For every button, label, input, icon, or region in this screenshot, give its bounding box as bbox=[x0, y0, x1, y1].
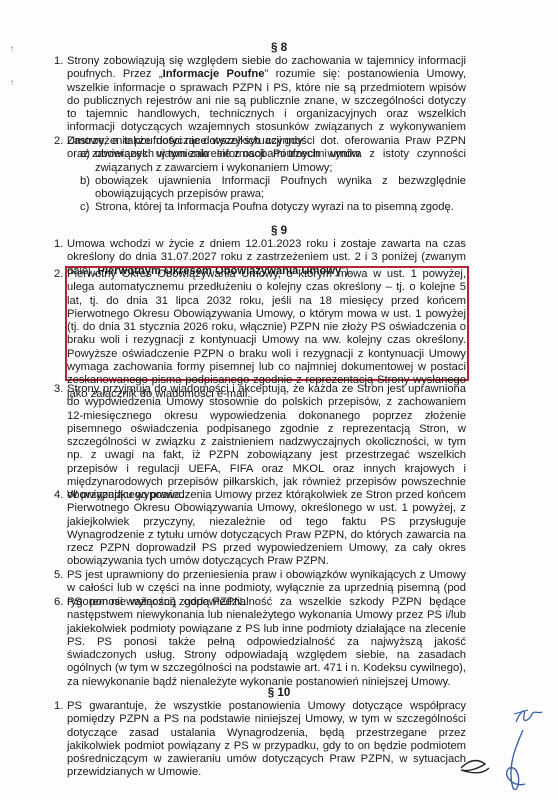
defined-term: Informacje Poufne bbox=[163, 68, 265, 80]
clause-number: 1. bbox=[54, 700, 67, 713]
clause-text: Zastrzeżenie poufności nie dotyczy sytua… bbox=[67, 135, 466, 148]
subclause-text: obowiązek ujawnienia Informacji Poufnych… bbox=[95, 175, 466, 202]
subclause-c: c) Strona, której ta Informacja Poufna d… bbox=[80, 201, 466, 214]
section-title-9: § 9 bbox=[0, 224, 558, 238]
initials-signature-icon bbox=[510, 700, 550, 730]
clause-9-2: 2. Pierwotny Okres Obowiązywania Umowy, … bbox=[54, 268, 466, 401]
clause-text: W przypadku wypowiedzenia Umowy przez kt… bbox=[67, 489, 466, 569]
clause-9-3: 3. Strony przyjmują do wiadomości i akce… bbox=[54, 383, 466, 503]
signature-icon bbox=[455, 728, 545, 798]
subclause-text: obowiązek ujawnienia Informacji Poufnych… bbox=[95, 148, 466, 175]
clause-8-2: 2. Zastrzeżenie poufności nie dotyczy sy… bbox=[54, 135, 466, 215]
subclause-letter: a) bbox=[80, 148, 90, 161]
clause-text-highlighted: Pierwotny Okres Obowiązywania Umowy, o k… bbox=[67, 268, 466, 401]
clause-number: 2. bbox=[54, 268, 67, 281]
margin-mark: ↑ bbox=[10, 78, 14, 87]
clause-text: Strony przyjmują do wiadomości i akceptu… bbox=[67, 383, 466, 503]
clause-number: 4. bbox=[54, 489, 67, 502]
subclause-text: Strona, której ta Informacja Poufna doty… bbox=[95, 201, 466, 214]
clause-number: 1. bbox=[54, 55, 67, 68]
clause-text: PS ponosi wyłączną odpowiedzialność za w… bbox=[67, 596, 466, 689]
clause-number: 2. bbox=[54, 135, 67, 148]
subclause-letter: b) bbox=[80, 175, 90, 188]
clause-number: 3. bbox=[54, 383, 67, 396]
section-title-8: § 8 bbox=[0, 41, 558, 55]
clause-number: 6. bbox=[54, 596, 67, 609]
clause-number: 5. bbox=[54, 569, 67, 582]
subclause-letter: c) bbox=[80, 201, 89, 214]
clause-9-4: 4. W przypadku wypowiedzenia Umowy przez… bbox=[54, 489, 466, 569]
document-page: ↑ ↑ § 8 1. Strony zobowiązują się względ… bbox=[0, 0, 558, 800]
clause-number: 1. bbox=[54, 238, 67, 251]
subclause-a: a) obowiązek ujawnienia Informacji Poufn… bbox=[80, 148, 466, 175]
clause-text: PS gwarantuje, że wszystkie postanowieni… bbox=[67, 700, 466, 780]
subclause-b: b) obowiązek ujawnienia Informacji Poufn… bbox=[80, 175, 466, 202]
clause-9-6: 6. PS ponosi wyłączną odpowiedzialność z… bbox=[54, 596, 466, 689]
clause-10-1: 1. PS gwarantuje, że wszystkie postanowi… bbox=[54, 700, 466, 780]
section-title-10: § 10 bbox=[0, 686, 558, 700]
